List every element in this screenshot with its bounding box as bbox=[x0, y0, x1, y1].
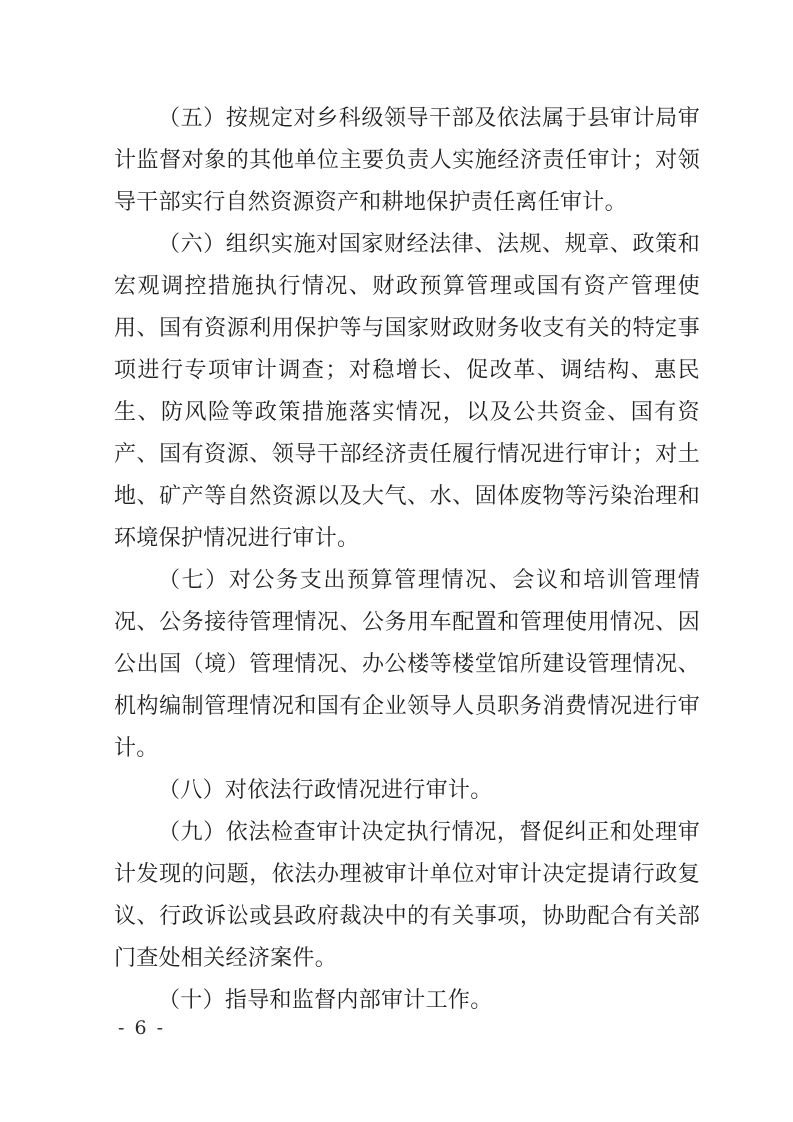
paragraph-clause-7: （七）对公务支出预算管理情况、会议和培训管理情况、公务接待管理情况、公务用车配置… bbox=[114, 559, 700, 769]
page-number: - 6 - bbox=[118, 1016, 165, 1040]
paragraph-clause-8: （八）对依法行政情况进行审计。 bbox=[114, 769, 700, 811]
paragraph-clause-9: （九）依法检查审计决定执行情况，督促纠正和处理审计发现的问题，依法办理被审计单位… bbox=[114, 811, 700, 979]
document-body: （五）按规定对乡科级领导干部及依法属于县审计局审计监督对象的其他单位主要负责人实… bbox=[114, 97, 700, 1021]
document-page: （五）按规定对乡科级领导干部及依法属于县审计局审计监督对象的其他单位主要负责人实… bbox=[0, 0, 793, 1122]
paragraph-clause-6: （六）组织实施对国家财经法律、法规、规章、政策和宏观调控措施执行情况、财政预算管… bbox=[114, 223, 700, 559]
paragraph-clause-5: （五）按规定对乡科级领导干部及依法属于县审计局审计监督对象的其他单位主要负责人实… bbox=[114, 97, 700, 223]
paragraph-clause-10: （十）指导和监督内部审计工作。 bbox=[114, 979, 700, 1021]
